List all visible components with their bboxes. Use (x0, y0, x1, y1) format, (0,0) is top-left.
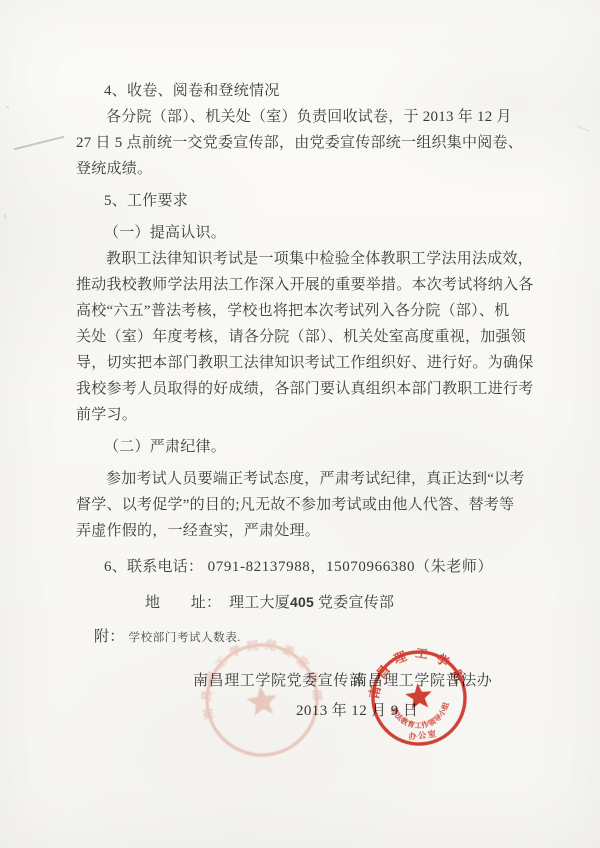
body-line: 高校“六五”普法考核，学校也将把本次考试列入各分院（部）、机 (76, 298, 542, 324)
body-line: 我校参考人员取得的好成绩，各部门要认真组织本部门教职工进行考 (76, 376, 542, 402)
contact-label: 6、联系电话： (104, 559, 203, 575)
body-line: 弄虚作假的，一经查实，严肃处理。 (76, 518, 542, 544)
seal-graphic: 南昌理工学院 普法教育工作领导小组 办公室 (364, 643, 474, 753)
body-line: 27 日 5 点前统一交党委宣传部，由党委宣传部统一组织集中阅卷、 (76, 130, 542, 156)
body-line: 登统成绩。 (76, 156, 542, 182)
address-label: 地 址： (145, 595, 214, 611)
address-building: 理工大厦 (214, 595, 290, 611)
subsection-1-heading: （一）提高认识。 (76, 220, 542, 246)
address-room-number: 405 (290, 594, 314, 610)
scan-artifact-line (14, 136, 65, 150)
body-line: 督学、以考促学”的目的;凡无故不参加考试或由他人代答、替考等 (76, 492, 542, 518)
official-seal-pufa-office: 南昌理工学院 普法教育工作领导小组 办公室 (364, 643, 474, 753)
scan-artifact-speck (6, 106, 9, 108)
document-page: 4、收卷、阅卷和登统情况 各分院（部）、机关处（室）负责回收试卷，于 2013 … (0, 0, 600, 848)
attachment-label: 附： (94, 629, 125, 645)
body-line: 关处（室）年度考核，请各分院（部）、机关处室高度重视，加强领 (76, 324, 542, 350)
section-5-heading: 5、工作要求 (76, 188, 542, 214)
scan-artifact-speck (576, 125, 589, 132)
body-line: 各分院（部）、机关处（室）负责回收试卷，于 2013 年 12 月 (76, 104, 542, 130)
body-line: 导，切实把本部门教职工法律知识考试工作组织好、进行好。为确保 (76, 350, 542, 376)
body-line: 参加考试人员要端正考试态度，严肃考试纪律，真正达到“以考 (76, 466, 542, 492)
contact-phone-numbers: 0791-82137988，15070966380（朱老师） (203, 559, 493, 575)
attachment-title: 学校部门考试人数表. (129, 632, 241, 644)
document-body: 4、收卷、阅卷和登统情况 各分院（部）、机关处（室）负责回收试卷，于 2013 … (76, 78, 542, 651)
subsection-2-heading: （二）严肃纪律。 (76, 434, 542, 460)
section-4-heading: 4、收卷、阅卷和登统情况 (76, 78, 542, 104)
seal-ring (368, 647, 469, 748)
body-line: 推动我校教师学法用法工作深入开展的重要举措。本次考试将纳入各 (76, 272, 542, 298)
signature-date: 2013 年 12 月 9 日 (296, 699, 418, 720)
body-line: 前学习。 (76, 402, 542, 428)
address-dept: 党委宣传部 (314, 595, 394, 611)
seal-office-text: 办公室 (408, 728, 438, 741)
signature-dept-pufaban: 南昌理工学院普法办 (352, 669, 492, 690)
address-line: 地 址： 理工大厦405 党委宣传部 (76, 589, 542, 616)
body-line: 教职工法律知识考试是一项集中检验全体教职工学法用法成效， (76, 246, 542, 272)
contact-line: 6、联系电话： 0791-82137988，15070966380（朱老师） (76, 554, 542, 580)
scan-artifact-speck (4, 214, 6, 219)
signature-dept-propaganda: 南昌理工学院党委宣传部 (193, 669, 365, 690)
attachment-line: 附： 学校部门考试人数表. (94, 624, 542, 651)
